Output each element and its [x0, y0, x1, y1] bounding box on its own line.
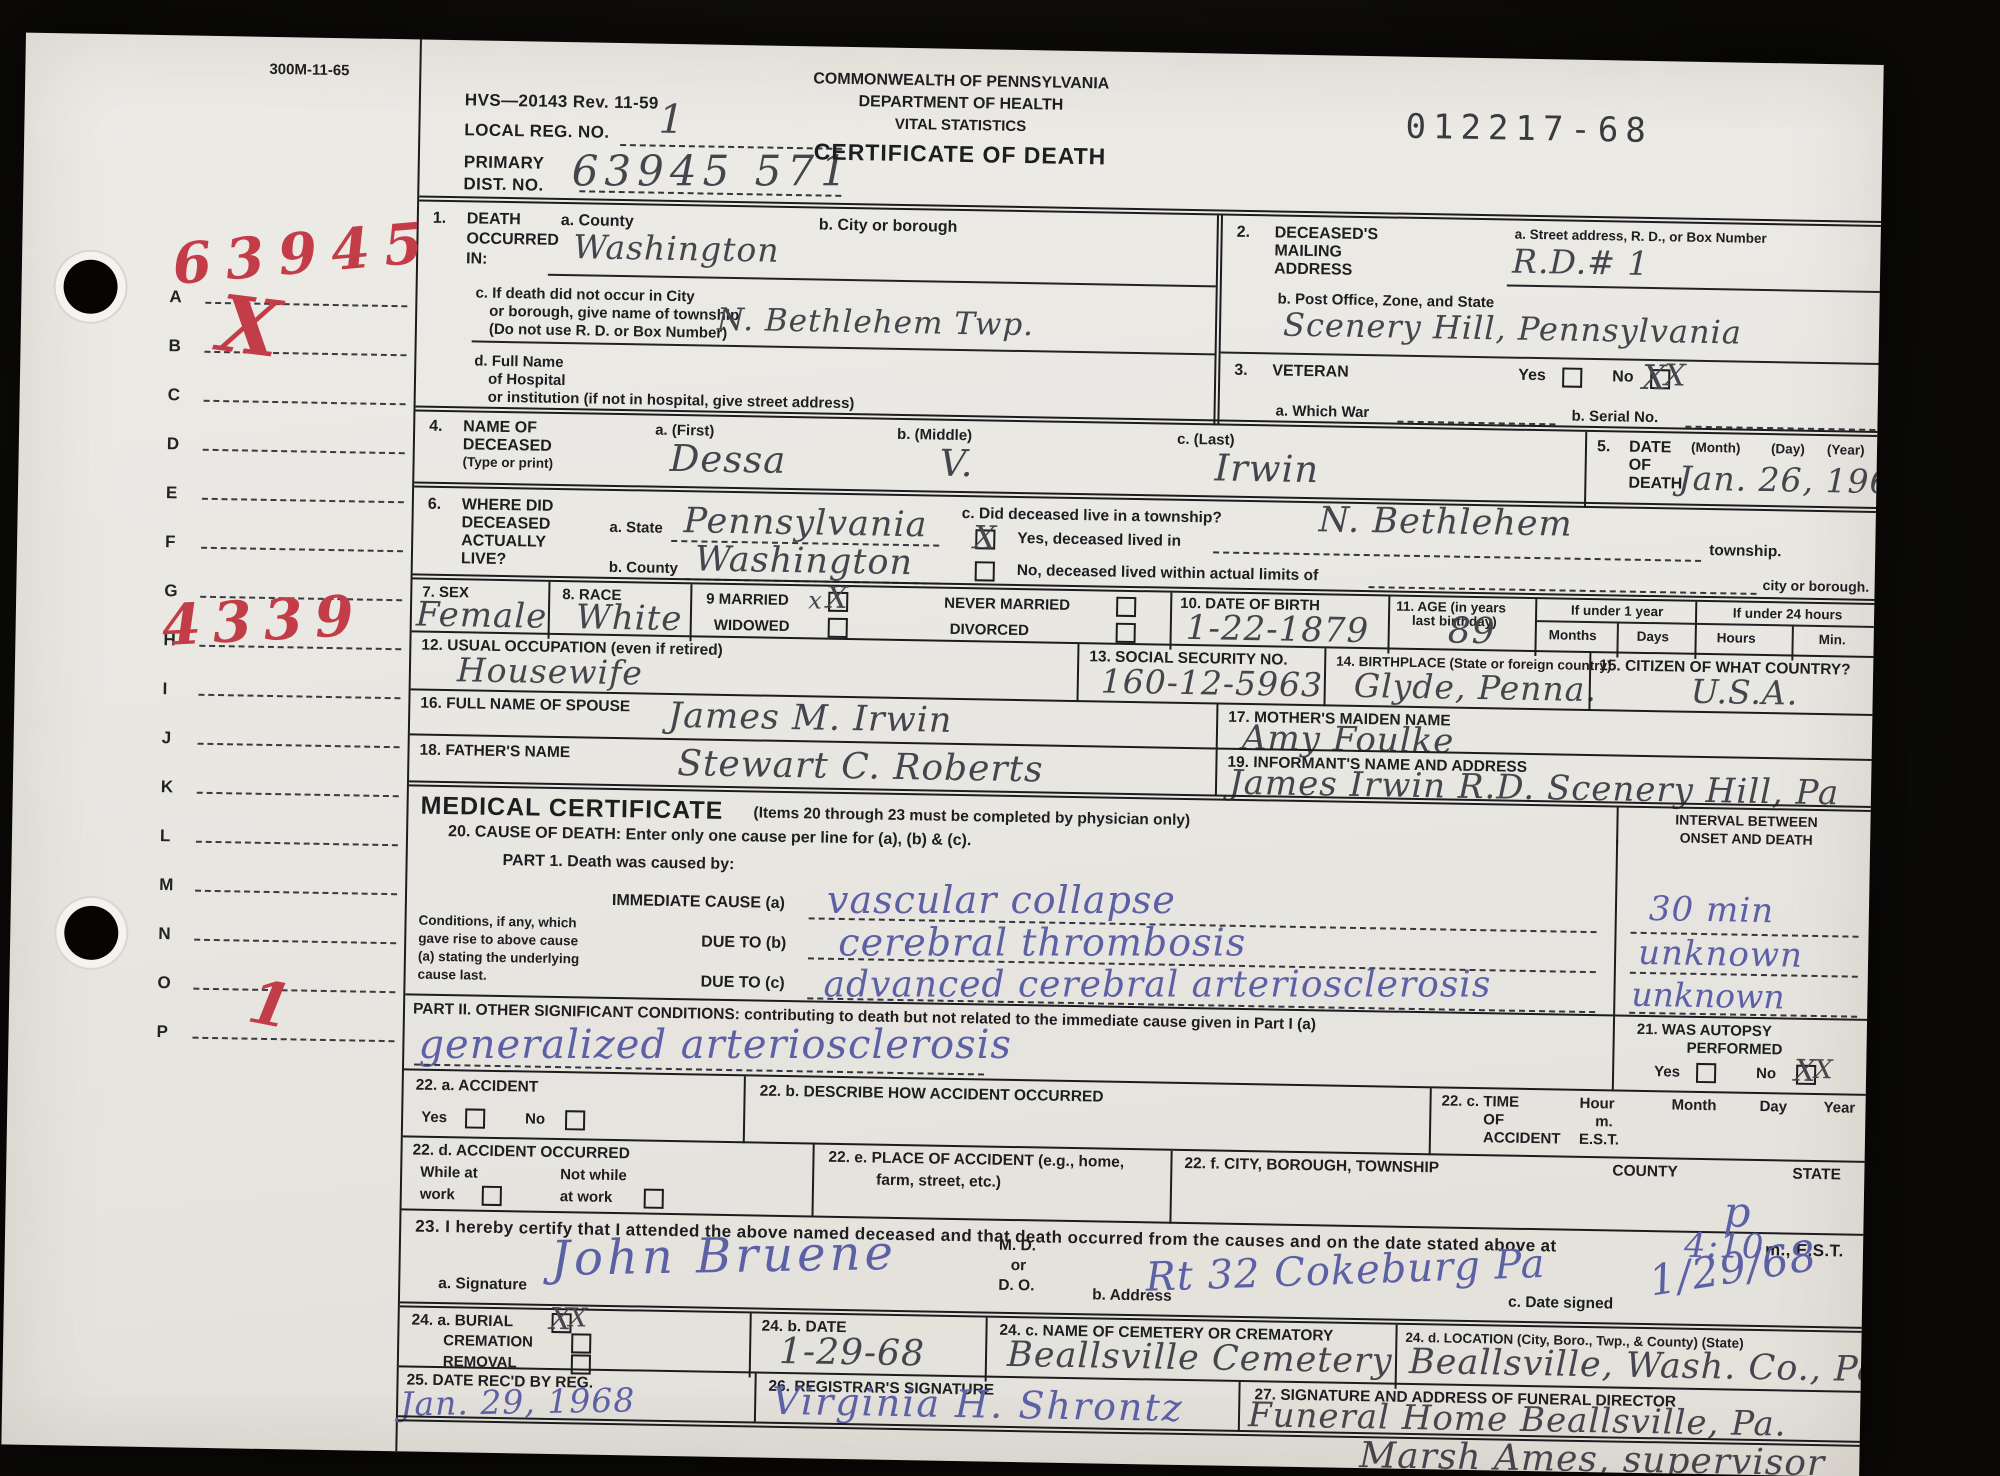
divorced-label: DIVORCED [950, 621, 1029, 640]
while-at-label: While at [420, 1164, 478, 1182]
widowed-checkbox [828, 618, 848, 638]
physician-address: Rt 32 Cokeburg Pa [1145, 1244, 1546, 1298]
section-22a-accident: 22. a. ACCIDENT Yes No [403, 1070, 744, 1143]
sec4-num: 4. [429, 418, 443, 437]
burial-date-value: 1-29-68 [779, 1334, 925, 1373]
minutes-label: Min. [1819, 632, 1846, 648]
spouse-value: James M. Irwin [668, 699, 953, 739]
sec6-num: 6. [428, 496, 442, 515]
section-1-death-occurred: 1. DEATH OCCURRED IN: a. County Washingt… [415, 201, 1223, 425]
city-borough-township-label: 22. f. CITY, BOROUGH, TOWNSHIP [1184, 1155, 1439, 1177]
blank-line [204, 400, 406, 406]
autopsy-no-mark: X [1814, 1057, 1833, 1083]
which-war-label: a. Which War [1275, 402, 1369, 421]
section-21-autopsy: 21. WAS AUTOPSY PERFORMED Yes No XX [1612, 1016, 1871, 1095]
margin-letter: E [166, 483, 202, 504]
blank-line [196, 841, 398, 847]
post-office-value: Scenery Hill, Pennsylvania [1283, 309, 1742, 349]
sec2-label: DECEASED'S [1275, 224, 1379, 244]
burial-label: 24. a. BURIAL [411, 1312, 513, 1332]
burial-mark: X [568, 1305, 587, 1331]
sec1-label: IN: [466, 250, 488, 269]
under-24-hours-label: If under 24 hours [1697, 605, 1878, 624]
spouse-label: 16. FULL NAME OF SPOUSE [420, 695, 630, 716]
autopsy-yes-checkbox [1696, 1063, 1716, 1083]
margin-row-k: K [161, 775, 399, 801]
county-residence-value: Washington [695, 542, 914, 581]
hospital-label: of Hospital [488, 371, 566, 390]
sec6-label: ACTUALLY [461, 532, 546, 552]
not-while-at-work-checkbox [644, 1189, 664, 1209]
middle-name-value: V. [939, 445, 974, 483]
blank-line [192, 1037, 394, 1043]
accident-yes-checkbox [465, 1108, 485, 1128]
married-premark: x [808, 588, 823, 612]
rule-line [472, 340, 1215, 355]
local-reg-value: 1 [658, 100, 685, 140]
interval-label: INTERVAL BETWEEN [1618, 811, 1874, 832]
vital-statistics-line: VITAL STATISTICS [720, 113, 1200, 139]
sec2-num: 2. [1237, 224, 1251, 243]
due-to-b-value: cerebral thrombosis [838, 923, 1246, 961]
rule-line [548, 274, 1216, 288]
margin-row-d: D [167, 432, 405, 458]
county-value: Washington [573, 230, 780, 267]
ssn-value: 160-12-5963 [1101, 664, 1324, 701]
father-name-value: Stewart C. Roberts [677, 746, 1044, 788]
form-number: HVS—20143 Rev. 11-59 [465, 90, 659, 113]
sec2-label: ADDRESS [1274, 260, 1353, 280]
accident-yes-label: Yes [421, 1109, 447, 1127]
veteran-label: VETERAN [1272, 362, 1349, 382]
margin-row-f: F [165, 530, 403, 556]
margin-row-l: L [160, 824, 398, 850]
township-no-label: No, deceased lived within actual limits … [1017, 562, 1319, 585]
date-of-death-value: Jan. 26, 1968 [1678, 462, 1884, 499]
year-label: (Year) [1827, 442, 1865, 458]
blank-line [194, 939, 396, 945]
township-residence-value: N. Bethlehem [1318, 503, 1573, 542]
punch-hole-bottom [64, 905, 119, 960]
veteran-yes-label: Yes [1518, 367, 1546, 386]
red-annotation-4339: 4339 [160, 588, 367, 655]
margin-letter: J [162, 728, 198, 749]
section-22d-occurred: 22. d. ACCIDENT OCCURRED While at work N… [402, 1137, 813, 1217]
township-yes-label: Yes, deceased lived in [1017, 530, 1181, 551]
md-label: M. D. [999, 1237, 1036, 1255]
cremation-label: CREMATION [443, 1332, 533, 1351]
township-question-label: c. Did deceased live in a township? [962, 505, 1222, 527]
race-value: White [576, 600, 683, 636]
interval-c-value: unknown [1631, 978, 1785, 1014]
accident-occurred-label: 22. d. ACCIDENT OCCURRED [412, 1142, 630, 1164]
date-signed-value: 1/29/68 [1646, 1235, 1819, 1303]
accident-no-label: No [525, 1110, 545, 1128]
time-of-accident-label: OF [1483, 1111, 1504, 1129]
last-name-value: Irwin [1214, 449, 1319, 488]
widowed-label: WIDOWED [714, 617, 790, 636]
place-of-accident-label: 22. e. PLACE OF ACCIDENT (e.g., home, [828, 1149, 1124, 1172]
do-label: D. O. [998, 1277, 1034, 1295]
burial-checkbox: XX [551, 1313, 571, 1333]
section-22c-time: 22. c. TIME OF ACCIDENT Hour m. E.S.T. M… [1429, 1088, 1870, 1163]
blank-line [201, 547, 403, 553]
print-code: 300M-11-65 [269, 61, 349, 80]
dist-no-label: DIST. NO. [463, 174, 543, 195]
blank-line [1213, 551, 1701, 562]
hour-label: Hour [1579, 1095, 1614, 1113]
margin-row-b: B [168, 334, 406, 360]
place-of-accident-label: farm, street, etc.) [876, 1172, 1001, 1192]
time-of-accident-label: ACCIDENT [1483, 1129, 1561, 1148]
birthplace-value: Glyde, Penna. [1354, 669, 1598, 706]
section-13-ssn: 13. SOCIAL SECURITY NO. 160-12-5963 [1076, 644, 1326, 706]
section-25-date-received: 25. DATE REC'D BY REG. Jan. 29, 1968 [398, 1367, 755, 1423]
work-label: work [420, 1186, 455, 1204]
veteran-no-mark: X [1664, 361, 1686, 391]
sec6-label: WHERE DID [462, 496, 554, 516]
conditions-label: Conditions, if any, which [418, 913, 576, 931]
conditions-label: (a) stating the underlying [418, 949, 580, 967]
margin-letter: B [168, 336, 204, 357]
first-name-value: Dessa [669, 440, 786, 479]
days-label: Days [1637, 629, 1670, 645]
autopsy-label: PERFORMED [1686, 1040, 1782, 1059]
county-col-label: COUNTY [1612, 1162, 1678, 1181]
section-22e-place: 22. e. PLACE OF ACCIDENT (e.g., home, fa… [811, 1145, 1172, 1224]
certificate-serial-stamp: 012217-68 [1405, 107, 1653, 151]
margin-letter: M [159, 875, 195, 896]
blank-line [195, 890, 397, 896]
or-label: or [1010, 1257, 1026, 1275]
margin-letter: I [162, 679, 198, 700]
occupation-value: Housewife [457, 653, 643, 689]
part1-label: PART 1. Death was caused by: [502, 852, 734, 874]
autopsy-no-mark: X [1794, 1057, 1816, 1087]
conditions-label: cause last. [418, 967, 487, 984]
street-address-value: R.D.# 1 [1512, 245, 1650, 280]
township-note-label: (Do not use R. D. or Box Number) [489, 321, 728, 342]
margin-letter: K [161, 777, 197, 798]
part2-value: generalized arteriosclerosis [418, 1025, 1012, 1065]
month-col-label: Month [1671, 1096, 1716, 1114]
sex-value: Female [416, 597, 548, 633]
sec1-label: DEATH [467, 210, 521, 229]
primary-label: PRIMARY [464, 152, 545, 173]
state-col-label: STATE [1792, 1166, 1841, 1185]
sec5-label: OF [1629, 457, 1652, 476]
pm-mark: p [1723, 1191, 1752, 1233]
blank-line [197, 792, 399, 798]
due-to-c-value: advanced cerebral arteriosclerosis [824, 967, 1492, 1003]
autopsy-no-checkbox: XX [1796, 1065, 1816, 1085]
state-label: a. State [609, 519, 663, 537]
date-received-value: Jan. 29, 1968 [400, 1383, 636, 1420]
veteran-no-label: No [1612, 368, 1634, 387]
punch-hole-top [63, 259, 118, 314]
married-checkbox: X [828, 592, 848, 612]
township-value: N. Bethlehem Twp. [717, 305, 1035, 342]
while-at-work-checkbox [482, 1186, 502, 1206]
red-annotation-district: 63945 [170, 214, 439, 293]
margin-row-m: M [159, 873, 397, 899]
autopsy-no-label: No [1756, 1065, 1776, 1083]
conditions-label: gave rise to above cause [418, 931, 578, 949]
citizen-value: U.S.A. [1690, 675, 1798, 710]
sec5-label: DATE [1629, 439, 1672, 458]
sec1-num: 1. [433, 210, 447, 229]
due-to-c-label: DUE TO (c) [700, 974, 784, 994]
registrar-signature-value: Virginia H. Shrontz [772, 1382, 1184, 1427]
certificate-sheet: 300M-11-65 A B C D E F G H I J K L M N O… [1, 33, 1883, 1476]
margin-letter: O [157, 973, 193, 994]
margin-letter: P [156, 1022, 192, 1043]
month-label: (Month) [1691, 440, 1741, 456]
autopsy-label: 21. WAS AUTOPSY [1637, 1021, 1772, 1041]
physician-signature: John Bruene [550, 1229, 897, 1283]
left-margin-strip: 300M-11-65 A B C D E F G H I J K L M N O… [1, 33, 422, 1452]
interval-values-cell: 30 min unknown unknown [1613, 839, 1874, 1018]
sec1-label: OCCURRED [466, 230, 559, 250]
blank-line [203, 449, 405, 455]
date-signed-label: c. Date signed [1508, 1294, 1613, 1314]
sec5-label: DEATH [1628, 475, 1682, 494]
immediate-cause-label: IMMEDIATE CAUSE (a) [612, 892, 785, 913]
not-while-label: Not while [560, 1166, 627, 1184]
state-value: Pennsylvania [683, 504, 928, 543]
city-borough-label: b. City or borough [819, 216, 958, 237]
sec2-label: MAILING [1274, 242, 1342, 262]
signature-label: a. Signature [438, 1275, 527, 1294]
scan-background: 300M-11-65 A B C D E F G H I J K L M N O… [0, 0, 2000, 1476]
margin-letter: F [165, 532, 201, 553]
immediate-cause-value: vascular collapse [827, 881, 1176, 919]
county-residence-label: b. County [609, 559, 678, 577]
township-no-checkbox [975, 561, 995, 581]
under-1-year-label: If under 1 year [1537, 602, 1697, 620]
divorced-checkbox [1116, 623, 1136, 643]
m-label: m. [1595, 1113, 1613, 1131]
accident-label: 22. a. ACCIDENT [416, 1077, 539, 1097]
day-col-label: Day [1759, 1098, 1787, 1116]
accident-no-checkbox [565, 1110, 585, 1130]
hours-label: Hours [1717, 630, 1756, 646]
interval-b-value: unknown [1638, 936, 1803, 973]
row-cause-of-death: 20. CAUSE OF DEATH: Enter only one cause… [405, 818, 1872, 1019]
rule-line [1507, 284, 1882, 293]
describe-accident-label: 22. b. DESCRIBE HOW ACCIDENT OCCURRED [759, 1083, 1103, 1107]
margin-letter: C [168, 385, 204, 406]
cause-of-death-label: 20. CAUSE OF DEATH: Enter only one cause… [448, 823, 972, 851]
red-annotation-x: X [214, 285, 285, 370]
blank-line [202, 498, 404, 504]
sec5-num: 5. [1597, 438, 1611, 457]
interval-a-value: 30 min [1649, 892, 1775, 928]
cremation-checkbox [571, 1333, 591, 1353]
sec6-label: LIVE? [461, 550, 507, 569]
married-label: 9 MARRIED [706, 591, 789, 610]
section-2-3: 2. DECEASED'S MAILING ADDRESS a. Street … [1219, 216, 1883, 437]
never-married-checkbox [1116, 597, 1136, 617]
margin-letter: L [160, 826, 196, 847]
cemetery-location-value: Beallsville, Wash. Co., Pa. [1409, 1345, 1884, 1388]
margin-row-e: E [166, 481, 404, 507]
married-mark: X [826, 584, 848, 614]
veteran-yes-checkbox [1562, 367, 1582, 387]
township-word-label: township. [1709, 542, 1782, 561]
day-label: (Day) [1771, 441, 1805, 457]
autopsy-yes-label: Yes [1654, 1063, 1680, 1081]
year-col-label: Year [1823, 1099, 1855, 1117]
cemetery-value: Beallsville Cemetery [1007, 1338, 1393, 1380]
time-of-accident-label: 22. c. TIME [1441, 1092, 1519, 1111]
margin-letter: D [167, 434, 203, 455]
father-name-label: 18. FATHER'S NAME [419, 742, 570, 762]
at-work-label: at work [560, 1188, 613, 1206]
hospital-label: d. Full Name [474, 352, 563, 371]
serial-no-label: b. Serial No. [1571, 408, 1658, 427]
due-to-b-label: DUE TO (b) [701, 934, 786, 954]
blank-line [198, 743, 400, 749]
sec3-num: 3. [1234, 362, 1248, 381]
margin-letter: N [158, 924, 194, 945]
date-of-birth-value: 1-22-1879 [1186, 611, 1370, 648]
certificate-form: HVS—20143 Rev. 11-59 LOCAL REG. NO. 1 PR… [397, 40, 1883, 1476]
sec4-label: (Type or print) [462, 454, 553, 471]
rule-line [1697, 623, 1878, 628]
months-label: Months [1549, 627, 1597, 643]
local-reg-label: LOCAL REG. NO. [464, 120, 609, 142]
city-borough-word-label: city or borough. [1762, 577, 1869, 595]
sec4-label: NAME OF [463, 418, 537, 438]
blank-line [198, 694, 400, 700]
never-married-label: NEVER MARRIED [944, 595, 1070, 614]
est-label: E.S.T. [1579, 1131, 1619, 1149]
sec4-label: DECEASED [463, 436, 552, 456]
section-5-date-of-death: 5. DATE OF DEATH (Month) (Day) (Year) Ja… [1586, 432, 1879, 513]
veteran-no-checkbox: XX [1650, 369, 1670, 389]
age-value: 89 [1447, 614, 1495, 651]
margin-row-j: J [162, 726, 400, 752]
township-yes-checkbox: X [975, 529, 995, 549]
margin-row-c: C [168, 383, 406, 409]
margin-row-i: I [162, 677, 400, 703]
sec6-label: DECEASED [461, 514, 550, 534]
section-14-birthplace: 14. BIRTHPLACE (State or foreign country… [1323, 648, 1591, 711]
margin-row-n: N [158, 922, 396, 948]
row-death-occurred: 1. DEATH OCCURRED IN: a. County Washingt… [415, 195, 1883, 437]
township-yes-mark: X [973, 521, 996, 553]
section-15-citizen: 15. CITIZEN OF WHAT COUNTRY? U.S.A. [1588, 653, 1877, 716]
